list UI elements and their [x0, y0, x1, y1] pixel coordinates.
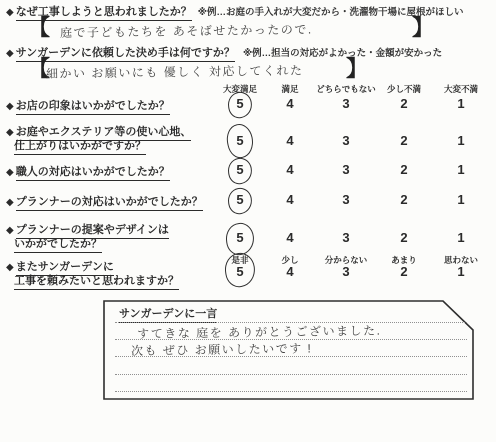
- rating-1: 1: [457, 265, 464, 279]
- scale-label: 大変不満: [444, 83, 478, 95]
- rating-2: 2: [400, 265, 407, 279]
- close-bracket: 】: [346, 58, 368, 80]
- rating-3: 3: [342, 265, 349, 279]
- rating-row-repeat: 是非 5 少し 4 分からない 3 あまり 2 思わない 1: [216, 256, 490, 280]
- question-garden-usability-line2: 仕上がりはいかがですか？: [14, 137, 146, 155]
- handwritten-answer-why: 庭で子どもたちを あそばせたかったので.: [60, 20, 313, 41]
- question-text: いかがでしたか？: [14, 235, 102, 253]
- rating-1: 1: [457, 96, 464, 111]
- question-planner-design-line2: いかがでしたか？: [14, 235, 102, 253]
- rating-2: 2: [400, 192, 407, 207]
- rating-2: 2: [400, 133, 407, 148]
- rating-3: 3: [342, 192, 349, 207]
- rating-1: 1: [457, 192, 464, 207]
- rating-2: 2: [400, 162, 407, 177]
- diamond-bullet-icon: ◆: [6, 127, 14, 138]
- question-planner-response: ◆ プランナーの対応はいかがでしたか？: [6, 193, 203, 211]
- scale-label: 満足: [281, 83, 298, 95]
- question-text: 職人の対応はいかがでしたか？: [16, 163, 170, 181]
- comment-box-title: サンガーデンに一言: [119, 305, 217, 323]
- handwritten-comment-line2: 次も ぜひ お願いしたいです !: [131, 339, 313, 359]
- rating-5: 5: [236, 192, 243, 207]
- rating-3: 3: [342, 133, 349, 148]
- rating-5: 5: [236, 230, 243, 245]
- diamond-bullet-icon: ◆: [6, 101, 14, 112]
- question-why-construction: ◆ なぜ工事しようと思われましたか？ ※例…お庭の手入れが大変だから・洗濯物干場…: [6, 3, 463, 21]
- rating-5: 5: [236, 133, 243, 148]
- diamond-bullet-icon: ◆: [6, 48, 14, 59]
- rating-row-design: 5 4 3 2 1: [216, 230, 490, 245]
- rating-3: 3: [342, 96, 349, 111]
- rating-5: 5: [236, 162, 243, 177]
- scale-label: 大変満足: [223, 83, 257, 95]
- rating-row-craftsman: 5 4 3 2 1: [216, 162, 490, 177]
- rating-4: 4: [286, 230, 293, 245]
- rating-row-garden: 5 4 3 2 1: [216, 133, 490, 148]
- question-text: お店の印象はいかがでしたか？: [16, 97, 170, 115]
- rating-row-shop: 5 4 3 2 1: [216, 96, 490, 111]
- dotted-writing-line: [115, 391, 467, 392]
- rating-1: 1: [457, 162, 464, 177]
- rating-4: 4: [286, 192, 293, 207]
- question-repeat-order-line2: 工事を頼みたいと思われますか？: [14, 272, 179, 290]
- diamond-bullet-icon: ◆: [6, 225, 14, 236]
- scale-label: 少し不満: [387, 83, 421, 95]
- question-text: 工事を頼みたいと思われますか？: [14, 272, 179, 290]
- handwritten-answer-factor: 細かい お願いにも 優しく 対応してくれた: [46, 61, 304, 82]
- rating-4: 4: [286, 265, 293, 279]
- rating-4: 4: [286, 162, 293, 177]
- rating-5: 5: [236, 265, 243, 279]
- rating-1: 1: [457, 230, 464, 245]
- rating-row-planner: 5 4 3 2 1: [216, 192, 490, 207]
- open-bracket: 【: [28, 17, 50, 39]
- question-text: 仕上がりはいかがですか？: [14, 137, 146, 155]
- comment-box: サンガーデンに一言 すてきな 庭を ありがとうございました. 次も ぜひ お願い…: [103, 300, 475, 401]
- question-shop-impression: ◆ お店の印象はいかがでしたか？: [6, 97, 170, 115]
- rating-1: 1: [457, 133, 464, 148]
- rating-4: 4: [286, 96, 293, 111]
- rating-3: 3: [342, 230, 349, 245]
- survey-sheet: ◆ なぜ工事しようと思われましたか？ ※例…お庭の手入れが大変だから・洗濯物干場…: [0, 0, 496, 442]
- rating-4: 4: [286, 133, 293, 148]
- handwritten-comment-line1: すてきな 庭を ありがとうございました.: [137, 322, 382, 342]
- diamond-bullet-icon: ◆: [6, 167, 14, 178]
- rating-2: 2: [400, 230, 407, 245]
- example-hint: ※例…担当の対応がよかった・金額が安かった: [243, 45, 442, 59]
- rating-scale-header: 大変満足 満足 どちらでもない 少し不満 大変不満: [216, 83, 490, 95]
- close-bracket: 】: [412, 17, 434, 39]
- question-text: プランナーの対応はいかがでしたか？: [16, 193, 203, 211]
- diamond-bullet-icon: ◆: [6, 7, 14, 18]
- question-craftsman-response: ◆ 職人の対応はいかがでしたか？: [6, 163, 170, 181]
- rating-3: 3: [342, 162, 349, 177]
- scale-label: どちらでもない: [316, 83, 375, 95]
- diamond-bullet-icon: ◆: [6, 262, 14, 273]
- dotted-writing-line: [115, 374, 467, 375]
- diamond-bullet-icon: ◆: [6, 197, 14, 208]
- question-deciding-factor: ◆ サンガーデンに依頼した決め手は何ですか？ ※例…担当の対応がよかった・金額が…: [6, 44, 442, 62]
- rating-5: 5: [236, 96, 243, 111]
- rating-2: 2: [400, 96, 407, 111]
